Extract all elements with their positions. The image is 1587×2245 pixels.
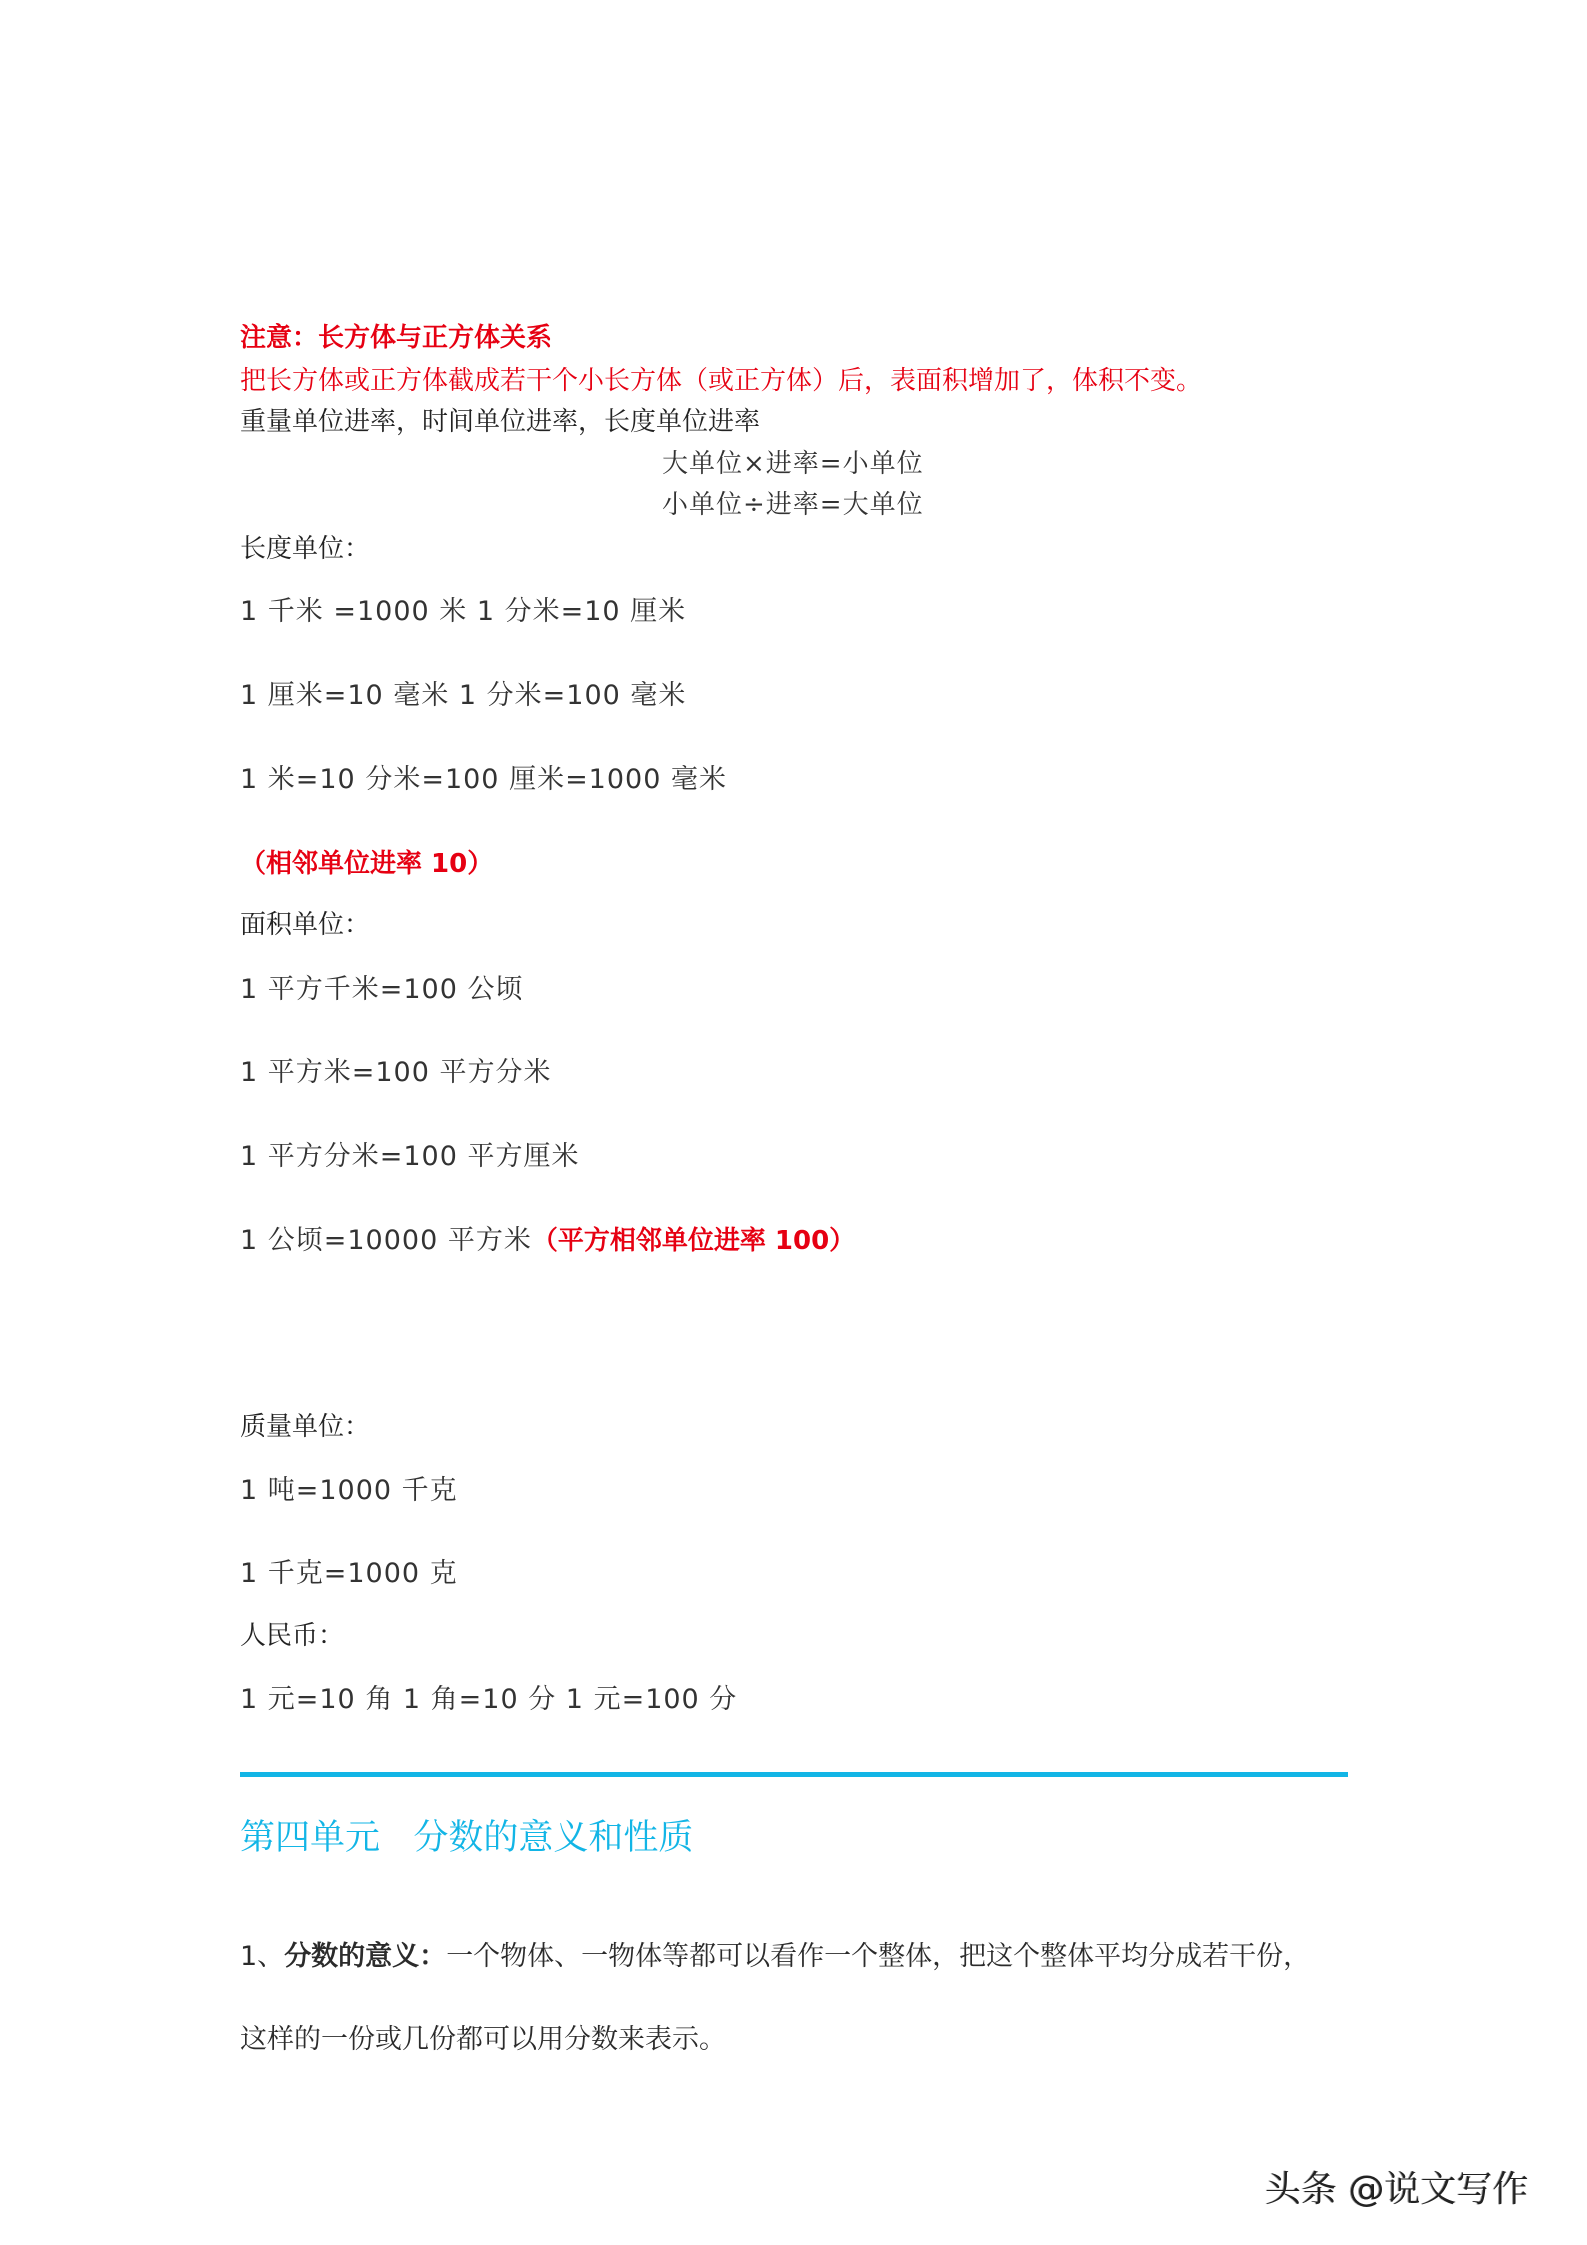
unit4-item1-cont: 这样的一份或几份都可以用分数来表示。 — [240, 2022, 726, 2058]
watermark: 头条 @说文写作 — [1265, 2168, 1528, 2212]
area-rate-note: （平方相邻单位进率 100） — [532, 1226, 855, 1256]
note-title: 注意：长方体与正方体关系 — [240, 320, 552, 356]
currency-label: 人民币： — [240, 1618, 344, 1654]
length-line: 1 厘米=10 毫米 1 分米=100 毫米 — [240, 678, 686, 714]
currency-line: 1 元=10 角 1 角=10 分 1 元=100 分 — [240, 1682, 737, 1718]
length-line: 1 米=10 分米=100 厘米=1000 毫米 — [240, 762, 727, 798]
item1-text: 一个物体、一物体等都可以看作一个整体，把这个整体平均分成若干份， — [446, 1941, 1310, 1972]
length-line: 1 千米 =1000 米 1 分米=10 厘米 — [240, 594, 686, 630]
area-line: 1 平方米=100 平方分米 — [240, 1055, 552, 1091]
area-line: 1 平方千米=100 公顷 — [240, 972, 524, 1008]
formula-small-to-big: 小单位÷进率=大单位 — [662, 487, 924, 523]
length-label: 长度单位： — [240, 531, 370, 567]
area-line: 1 平方分米=100 平方厘米 — [240, 1139, 580, 1175]
formula-big-to-small: 大单位×进率=小单位 — [662, 446, 924, 482]
conversion-intro: 重量单位进率，时间单位进率，长度单位进率 — [240, 404, 760, 440]
item1-prefix: 1、 — [240, 1941, 284, 1972]
unit4-item1: 1、分数的意义：一个物体、一物体等都可以看作一个整体，把这个整体平均分成若干份， — [240, 1939, 1310, 1975]
unit4-heading: 第四单元 分数的意义和性质 — [240, 1815, 693, 1861]
item1-term: 分数的意义： — [284, 1941, 446, 1972]
length-rate-note: （相邻单位进率 10） — [240, 846, 493, 882]
mass-line: 1 吨=1000 千克 — [240, 1473, 458, 1509]
area-line-hectare: 1 公顷=10000 平方米（平方相邻单位进率 100） — [240, 1223, 855, 1259]
mass-label: 质量单位： — [240, 1409, 370, 1445]
section-divider — [240, 1772, 1348, 1777]
area-label: 面积单位： — [240, 907, 370, 943]
mass-line: 1 千克=1000 克 — [240, 1556, 458, 1592]
note-body: 把长方体或正方体截成若干个小长方体（或正方体）后，表面积增加了，体积不变。 — [240, 363, 1202, 399]
area-hectare-equation: 1 公顷=10000 平方米 — [240, 1225, 532, 1256]
